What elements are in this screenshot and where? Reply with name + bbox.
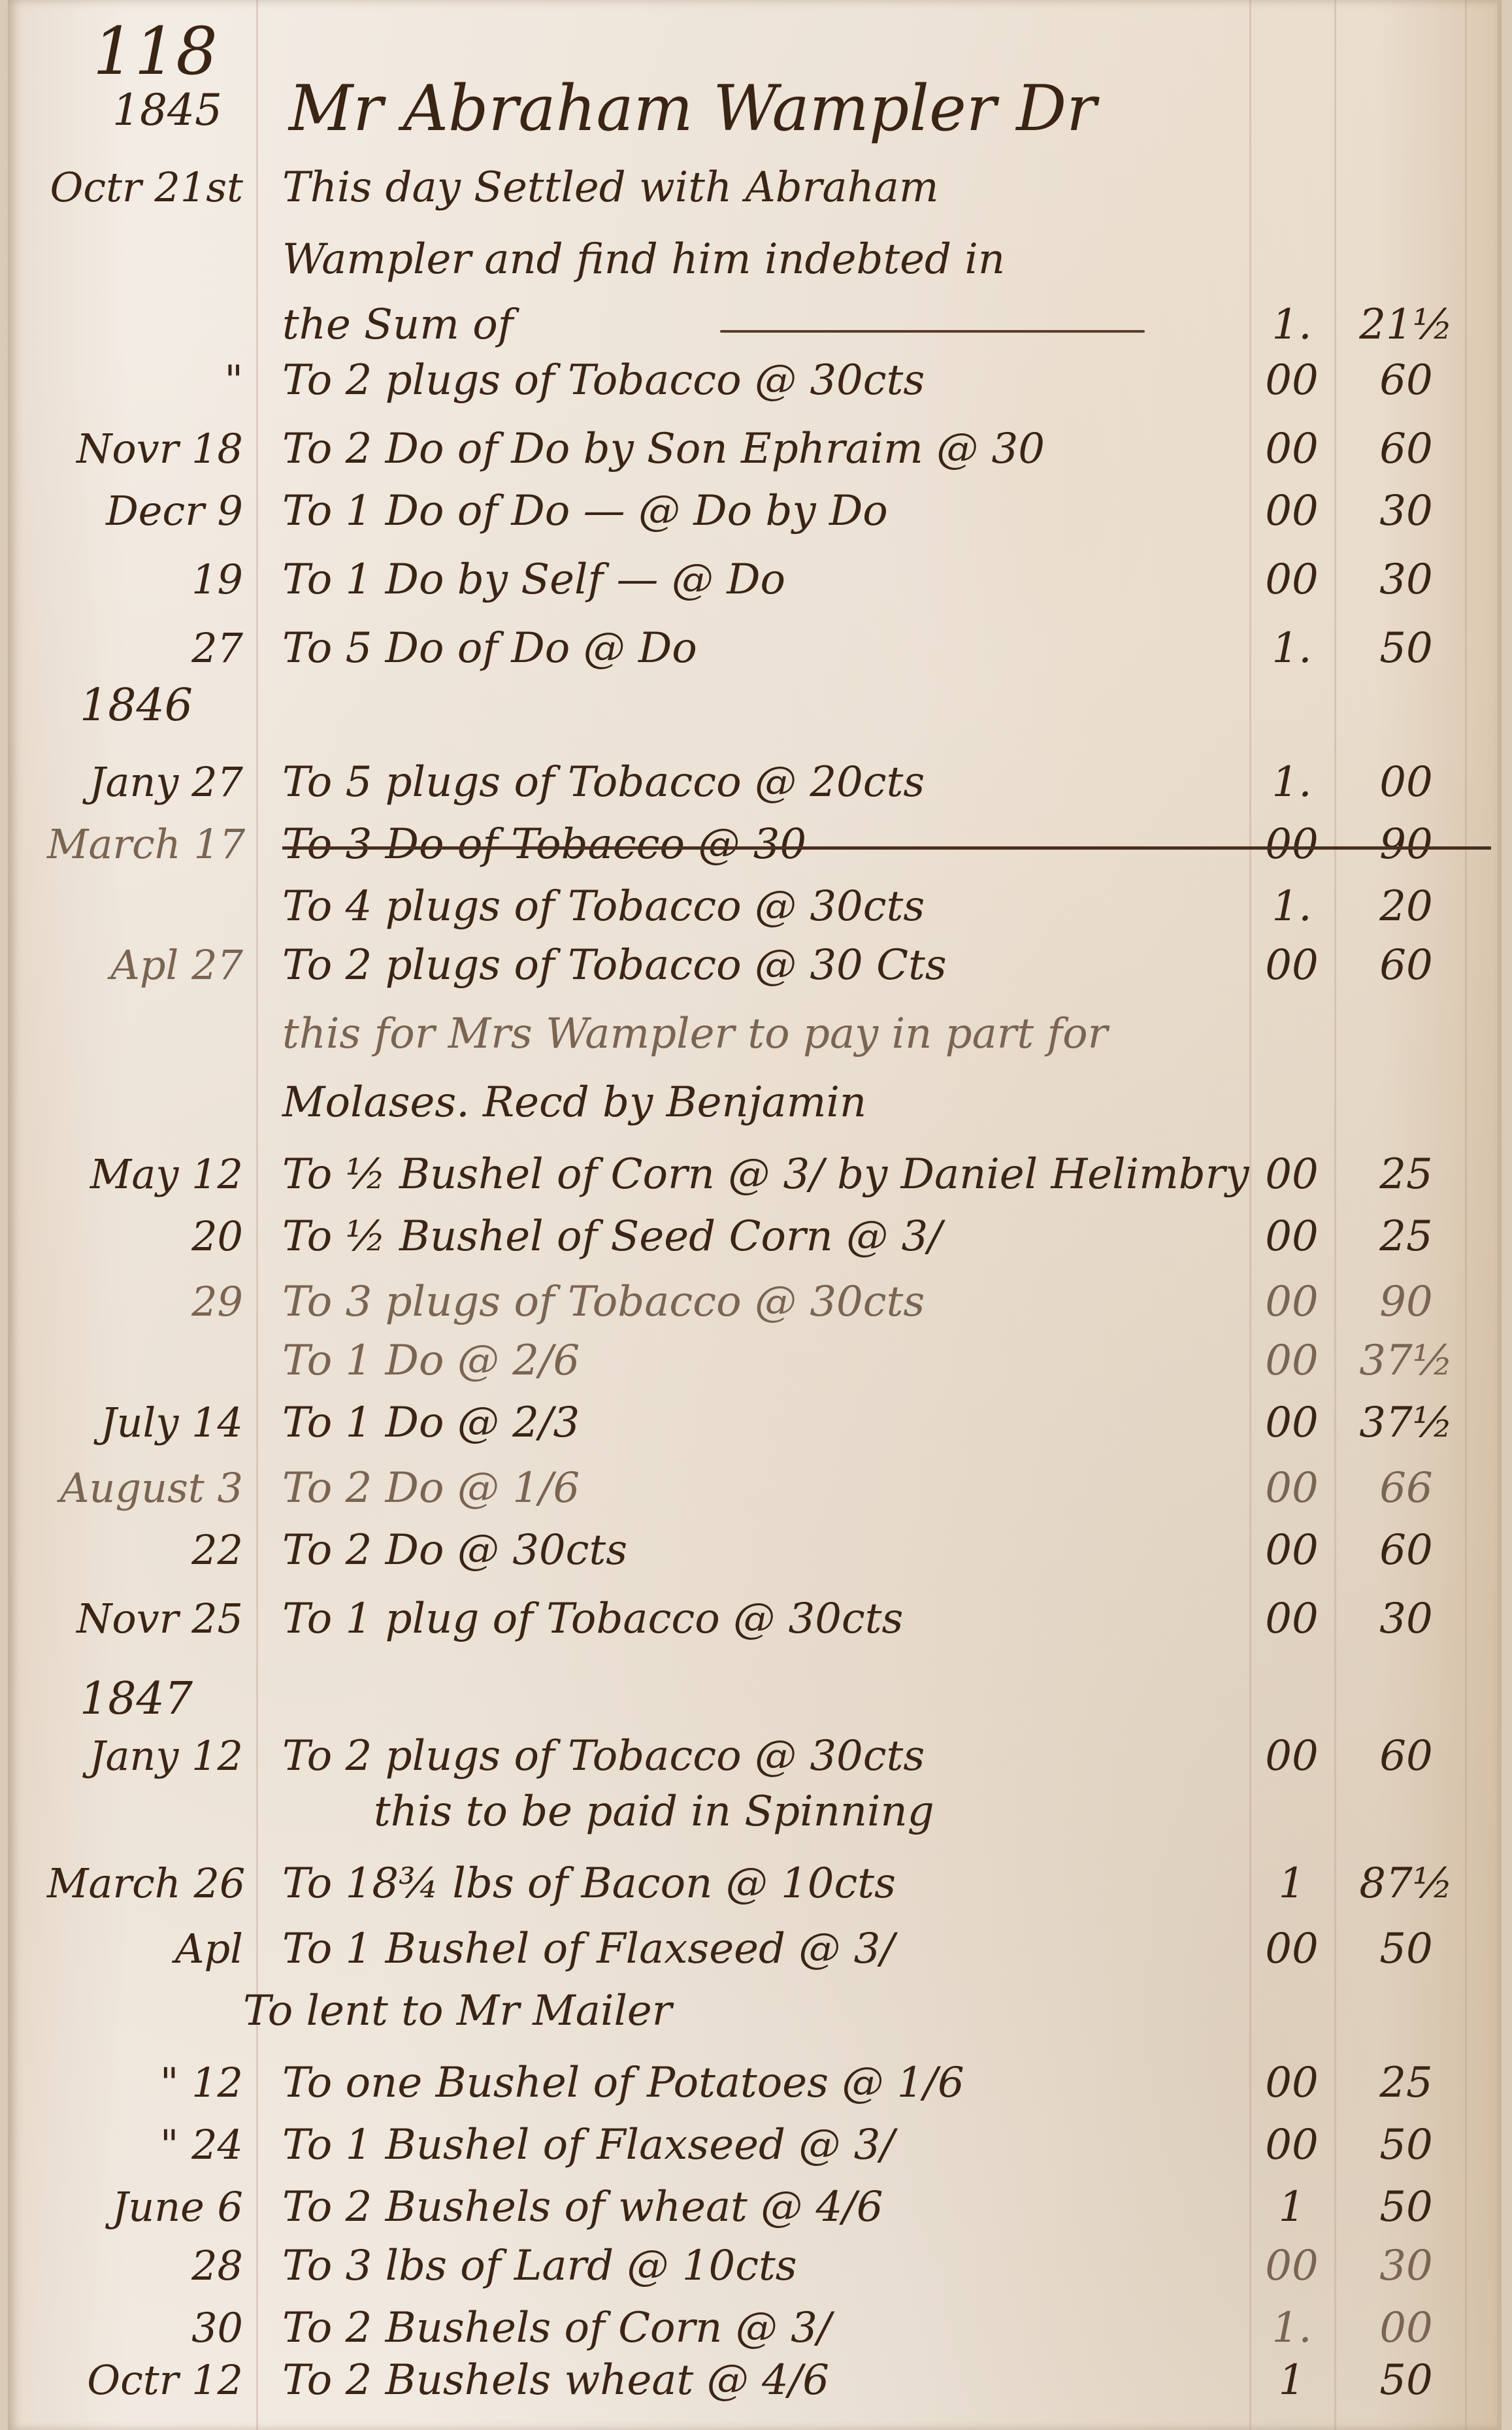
entry-cents: 87½ [1354,1859,1458,1908]
entry-cents: 25 [1354,1212,1458,1261]
entry-dollars: 00 [1256,356,1328,405]
entry-description: To 2 Bushels of wheat @ 4/6 [282,2183,883,2231]
entry-date: 22 [47,1526,256,1574]
entry-note: this for Mrs Wampler to pay in part for [282,1010,1108,1058]
ledger-entry: May 12 To ½ Bushel of Corn @ 3/ by Danie… [8,1150,1498,1222]
entry-cents: 00 [1354,758,1458,807]
ledger-entry-struck: March 17 To 3 Do of Tobacco @ 30 00 90 [8,820,1498,892]
entry-description: To 1 Do @ 2/6 [282,1337,580,1385]
entry-dollars: 00 [1256,1925,1328,1973]
entry-dollars: 1. [1256,2304,1328,2352]
entry-date: March 26 [47,1859,256,1907]
entry-dollars: 00 [1256,1278,1328,1326]
entry-date: June 6 [47,2183,256,2231]
settlement-row-1: Octr 21st This day Settled with Abraham [8,163,1498,235]
ledger-entry: Decr 9 To 1 Do of Do — @ Do by Do 00 30 [8,487,1498,559]
entry-cents: 60 [1354,356,1458,405]
entry-dollars: 1. [1256,624,1328,673]
entry-dollars: 00 [1256,820,1328,869]
account-holder-heading: Mr Abraham Wampler Dr [289,72,1096,145]
entry-description: To one Bushel of Potatoes @ 1/6 [282,2059,964,2107]
entry-cents: 90 [1354,820,1458,869]
entry-note: To lent to Mr Mailer [243,1987,672,2035]
entry-cents: 30 [1354,487,1458,535]
entry-date: Jany 12 [47,1732,256,1780]
entry-dollars: 00 [1256,1399,1328,1447]
settlement-text-line: Wampler and find him indebted in [282,235,1005,284]
entry-cents: 37½ [1354,1399,1458,1447]
entry-description: To 3 Do of Tobacco @ 30 [282,820,806,869]
entry-cents: 50 [1354,2121,1458,2169]
entry-cents: 25 [1354,1150,1458,1199]
ledger-note: Molases. Recd by Benjamin [8,1078,1498,1150]
entry-dollars: 1 [1256,1859,1328,1908]
settlement-row-2: Wampler and find him indebted in [8,235,1498,307]
entry-cents: 00 [1354,2304,1458,2352]
entry-dollars: 00 [1256,1595,1328,1643]
entry-dollars: 00 [1256,556,1328,604]
entry-cents: 66 [1354,1464,1458,1512]
settlement-cents: 21½ [1354,301,1458,349]
ledger-page: 118 1845 Mr Abraham Wampler Dr Octr 21st… [8,0,1502,2430]
entry-date: 28 [47,2242,256,2289]
entry-cents: 60 [1354,941,1458,990]
entry-dollars: 1 [1256,2183,1328,2231]
entry-date: Novr 18 [47,425,256,473]
entry-description: To 18¾ lbs of Bacon @ 10cts [282,1859,896,1908]
entry-dollars: 1. [1256,882,1328,931]
ledger-entry: 28 To 3 lbs of Lard @ 10cts 00 30 [8,2242,1498,2314]
settlement-dollars: 1. [1256,301,1328,349]
entry-cents: 25 [1354,2059,1458,2107]
entry-description: To 2 plugs of Tobacco @ 30cts [282,1732,925,1780]
ledger-entry: 19 To 1 Do by Self — @ Do 00 30 [8,556,1498,627]
entry-dollars: 00 [1256,487,1328,535]
entry-date: 30 [47,2304,256,2352]
entry-date: 20 [47,1212,256,1260]
entry-cents: 90 [1354,1278,1458,1326]
strikethrough-line [282,846,1491,850]
entry-cents: 37½ [1354,1337,1458,1385]
entry-date: July 14 [47,1399,256,1446]
entry-description: To ½ Bushel of Corn @ 3/ by Daniel Helim… [282,1150,1249,1199]
entry-cents: 60 [1354,1526,1458,1574]
entry-dollars: 00 [1256,1464,1328,1512]
entry-dollars: 00 [1256,1732,1328,1780]
entry-description: To 2 Do of Do by Son Ephraim @ 30 [282,425,1045,473]
entry-dollars: 00 [1256,2059,1328,2107]
ledger-entry: March 26 To 18¾ lbs of Bacon @ 10cts 1 8… [8,1859,1498,1931]
ledger-entry: Apl 27 To 2 plugs of Tobacco @ 30 Cts 00… [8,941,1498,1013]
entry-date: Octr 12 [47,2356,256,2404]
page-number: 118 [93,13,218,90]
entry-description: To 3 lbs of Lard @ 10cts [282,2242,797,2290]
ledger-entry: July 14 To 1 Do @ 2/3 00 37½ [8,1399,1498,1471]
entry-description: To 2 Bushels of Corn @ 3/ [282,2304,831,2352]
ledger-entry: 20 To ½ Bushel of Seed Corn @ 3/ 00 25 [8,1212,1498,1284]
entry-date: Novr 25 [47,1595,256,1642]
entry-dollars: 1. [1256,758,1328,807]
entry-date: 19 [47,556,256,603]
settlement-text-line: the Sum of [282,301,513,349]
entry-date: Apl 27 [47,941,256,989]
entry-cents: 50 [1354,2183,1458,2231]
entry-date: " [47,356,256,404]
entry-description: To 2 Do @ 30cts [282,1526,627,1574]
entry-date: August 3 [47,1464,256,1512]
settlement-date: Octr 21st [47,163,256,211]
entry-description: To 1 plug of Tobacco @ 30cts [282,1595,903,1643]
entry-description: To ½ Bushel of Seed Corn @ 3/ [282,1212,942,1261]
ledger-entry: Apl To 1 Bushel of Flaxseed @ 3/ 00 50 [8,1925,1498,1997]
entry-description: To 2 Bushels wheat @ 4/6 [282,2356,829,2405]
ledger-note: To lent to Mr Mailer [8,1987,1498,2059]
fill-dash [720,330,1145,333]
entry-date: " 24 [47,2121,256,2169]
header-year: 1845 [112,85,222,135]
entry-dollars: 1 [1256,2356,1328,2405]
entry-description: To 4 plugs of Tobacco @ 30cts [282,882,925,931]
ledger-entry: Octr 12 To 2 Bushels wheat @ 4/6 1 50 [8,2356,1498,2428]
entry-dollars: 00 [1256,2121,1328,2169]
entry-cents: 50 [1354,624,1458,673]
entry-cents: 50 [1354,1925,1458,1973]
entry-date: Jany 27 [47,758,256,806]
ledger-note: this for Mrs Wampler to pay in part for [8,1010,1498,1082]
entry-dollars: 00 [1256,2242,1328,2290]
entry-date: March 17 [47,820,256,868]
entry-dollars: 00 [1256,1337,1328,1385]
entry-dollars: 00 [1256,425,1328,473]
entry-date: Decr 9 [47,487,256,535]
entry-description: To 1 Do by Self — @ Do [282,556,785,604]
entry-cents: 30 [1354,2242,1458,2290]
entry-description: To 1 Bushel of Flaxseed @ 3/ [282,1925,895,1973]
entry-dollars: 00 [1256,1212,1328,1261]
entry-date: Apl [47,1925,256,1972]
entry-cents: 60 [1354,425,1458,473]
entry-description: To 2 Do @ 1/6 [282,1464,580,1512]
entry-description: To 1 Bushel of Flaxseed @ 3/ [282,2121,895,2169]
ledger-entry: 22 To 2 Do @ 30cts 00 60 [8,1526,1498,1598]
ledger-entry: Novr 18 To 2 Do of Do by Son Ephraim @ 3… [8,425,1498,497]
entry-dollars: 00 [1256,1150,1328,1199]
year-marker: 1847 [80,1673,193,1725]
settlement-text-line: This day Settled with Abraham [282,163,939,212]
entry-date: 27 [47,624,256,672]
entry-cents: 60 [1354,1732,1458,1780]
ledger-entry: August 3 To 2 Do @ 1/6 00 66 [8,1464,1498,1536]
entry-note: this to be paid in Spinning [374,1788,934,1836]
entry-cents: 30 [1354,556,1458,604]
entry-cents: 20 [1354,882,1458,931]
ledger-entry: To 1 Do @ 2/6 00 37½ [8,1337,1498,1408]
ledger-entry: " To 2 plugs of Tobacco @ 30cts 00 60 [8,356,1498,428]
ledger-entry: " 12 To one Bushel of Potatoes @ 1/6 00 … [8,2059,1498,2131]
ledger-note: this to be paid in Spinning [8,1788,1498,1859]
entry-cents: 30 [1354,1595,1458,1643]
entry-dollars: 00 [1256,1526,1328,1574]
entry-date: " 12 [47,2059,256,2106]
year-marker: 1846 [80,680,193,731]
entry-description: To 2 plugs of Tobacco @ 30cts [282,356,925,405]
entry-description: To 5 plugs of Tobacco @ 20cts [282,758,925,807]
entry-description: To 1 Do of Do — @ Do by Do [282,487,888,535]
entry-dollars: 00 [1256,941,1328,990]
entry-date: 29 [47,1278,256,1325]
ledger-entry: Novr 25 To 1 plug of Tobacco @ 30cts 00 … [8,1595,1498,1667]
ledger-entry: " 24 To 1 Bushel of Flaxseed @ 3/ 00 50 [8,2121,1498,2193]
entry-date: May 12 [47,1150,256,1198]
entry-description: To 1 Do @ 2/3 [282,1399,580,1447]
ledger-entry: 27 To 5 Do of Do @ Do 1. 50 [8,624,1498,696]
entry-cents: 50 [1354,2356,1458,2405]
entry-description: To 2 plugs of Tobacco @ 30 Cts [282,941,947,990]
entry-description: To 3 plugs of Tobacco @ 30cts [282,1278,925,1326]
entry-description: To 5 Do of Do @ Do [282,624,697,673]
entry-note: Molases. Recd by Benjamin [282,1078,866,1127]
ledger-entry: Jany 27 To 5 plugs of Tobacco @ 20cts 1.… [8,758,1498,830]
